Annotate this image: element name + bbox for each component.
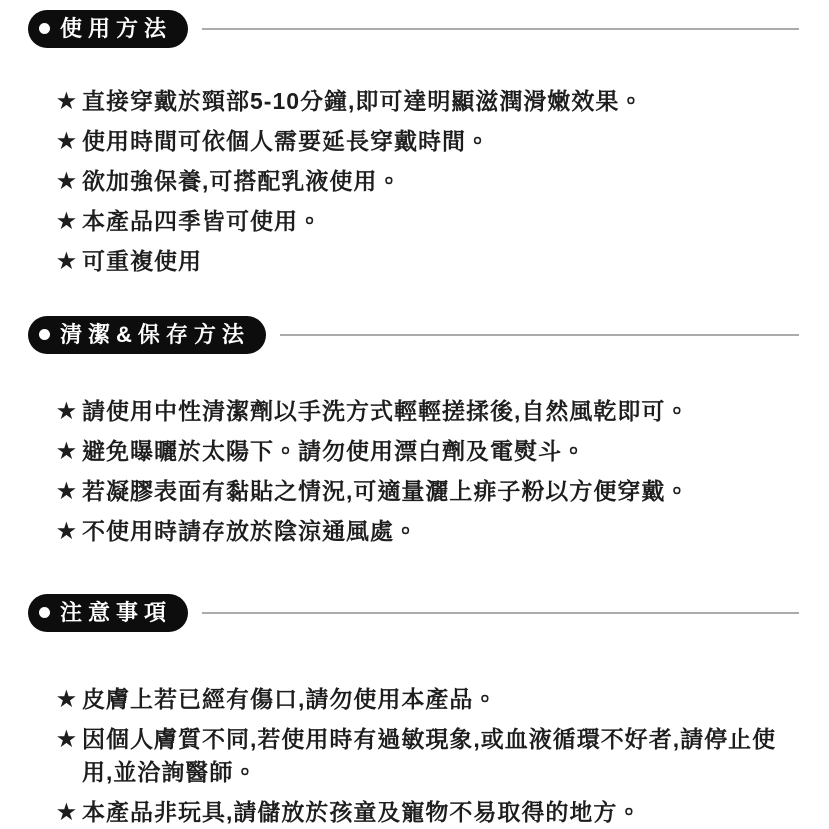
- section-usage: 使用方法 ★ 直接穿戴於頸部5-10分鐘,即可達明顯滋潤滑嫩效果。 ★ 使用時間…: [28, 10, 801, 278]
- star-icon: ★: [57, 245, 82, 278]
- star-icon: ★: [57, 205, 82, 238]
- section-title: 清潔&保存方法: [60, 322, 250, 347]
- star-icon: ★: [57, 125, 82, 158]
- section-notes-header: 注意事項: [28, 594, 801, 632]
- instruction-item: ★ 本產品非玩具,請儲放於孩童及寵物不易取得的地方。: [57, 796, 801, 829]
- instruction-text: 直接穿戴於頸部5-10分鐘,即可達明顯滋潤滑嫩效果。: [82, 85, 801, 118]
- divider-line: [202, 28, 799, 30]
- section-title: 注意事項: [60, 600, 172, 625]
- instruction-item: ★ 若凝膠表面有黏貼之情況,可適量灑上痱子粉以方便穿戴。: [57, 475, 801, 508]
- section-clean-store: 清潔&保存方法 ★ 請使用中性清潔劑以手洗方式輕輕搓揉後,自然風乾即可。 ★ 避…: [28, 316, 801, 548]
- instruction-item: ★ 使用時間可依個人需要延長穿戴時間。: [57, 125, 801, 158]
- section-clean-header: 清潔&保存方法: [28, 316, 801, 354]
- divider-line: [280, 334, 799, 336]
- instruction-item: ★ 直接穿戴於頸部5-10分鐘,即可達明顯滋潤滑嫩效果。: [57, 85, 801, 118]
- instruction-text: 本產品四季皆可使用。: [82, 205, 801, 238]
- instruction-item: ★ 因個人膚質不同,若使用時有過敏現象,或血液循環不好者,請停止使用,並洽詢醫師…: [57, 723, 801, 789]
- instruction-text: 可重複使用: [82, 245, 801, 278]
- instruction-sheet: 使用方法 ★ 直接穿戴於頸部5-10分鐘,即可達明顯滋潤滑嫩效果。 ★ 使用時間…: [0, 0, 829, 829]
- instruction-item: ★ 本產品四季皆可使用。: [57, 205, 801, 238]
- star-icon: ★: [57, 395, 82, 428]
- instruction-item: ★ 避免曝曬於太陽下。請勿使用漂白劑及電熨斗。: [57, 435, 801, 468]
- instruction-list: ★ 皮膚上若已經有傷口,請勿使用本產品。 ★ 因個人膚質不同,若使用時有過敏現象…: [28, 683, 801, 829]
- instruction-item: ★ 皮膚上若已經有傷口,請勿使用本產品。: [57, 683, 801, 716]
- instruction-text: 皮膚上若已經有傷口,請勿使用本產品。: [82, 683, 801, 716]
- star-icon: ★: [57, 475, 82, 508]
- instruction-item: ★ 欲加強保養,可搭配乳液使用。: [57, 165, 801, 198]
- star-icon: ★: [57, 515, 82, 548]
- instruction-text: 避免曝曬於太陽下。請勿使用漂白劑及電熨斗。: [82, 435, 801, 468]
- instruction-item: ★ 請使用中性清潔劑以手洗方式輕輕搓揉後,自然風乾即可。: [57, 395, 801, 428]
- instruction-item: ★ 不使用時請存放於陰涼通風處。: [57, 515, 801, 548]
- star-icon: ★: [57, 165, 82, 198]
- instruction-text: 欲加強保養,可搭配乳液使用。: [82, 165, 801, 198]
- section-title-badge: 清潔&保存方法: [28, 316, 266, 354]
- instruction-text: 不使用時請存放於陰涼通風處。: [82, 515, 801, 548]
- section-title: 使用方法: [60, 16, 172, 41]
- star-icon: ★: [57, 683, 82, 716]
- instruction-list: ★ 直接穿戴於頸部5-10分鐘,即可達明顯滋潤滑嫩效果。 ★ 使用時間可依個人需…: [28, 85, 801, 278]
- instruction-text: 使用時間可依個人需要延長穿戴時間。: [82, 125, 801, 158]
- star-icon: ★: [57, 85, 82, 118]
- instruction-list: ★ 請使用中性清潔劑以手洗方式輕輕搓揉後,自然風乾即可。 ★ 避免曝曬於太陽下。…: [28, 395, 801, 548]
- instruction-text: 請使用中性清潔劑以手洗方式輕輕搓揉後,自然風乾即可。: [82, 395, 801, 428]
- section-usage-header: 使用方法: [28, 10, 801, 48]
- bullet-dot-icon: [39, 329, 50, 340]
- bullet-dot-icon: [39, 23, 50, 34]
- instruction-text: 本產品非玩具,請儲放於孩童及寵物不易取得的地方。: [82, 796, 801, 829]
- section-title-badge: 注意事項: [28, 594, 188, 632]
- bullet-dot-icon: [39, 607, 50, 618]
- divider-line: [202, 612, 799, 614]
- section-notes: 注意事項 ★ 皮膚上若已經有傷口,請勿使用本產品。 ★ 因個人膚質不同,若使用時…: [28, 594, 801, 829]
- star-icon: ★: [57, 723, 82, 756]
- star-icon: ★: [57, 435, 82, 468]
- instruction-item: ★ 可重複使用: [57, 245, 801, 278]
- star-icon: ★: [57, 796, 82, 829]
- instruction-text: 若凝膠表面有黏貼之情況,可適量灑上痱子粉以方便穿戴。: [82, 475, 801, 508]
- section-title-badge: 使用方法: [28, 10, 188, 48]
- instruction-text: 因個人膚質不同,若使用時有過敏現象,或血液循環不好者,請停止使用,並洽詢醫師。: [82, 723, 801, 789]
